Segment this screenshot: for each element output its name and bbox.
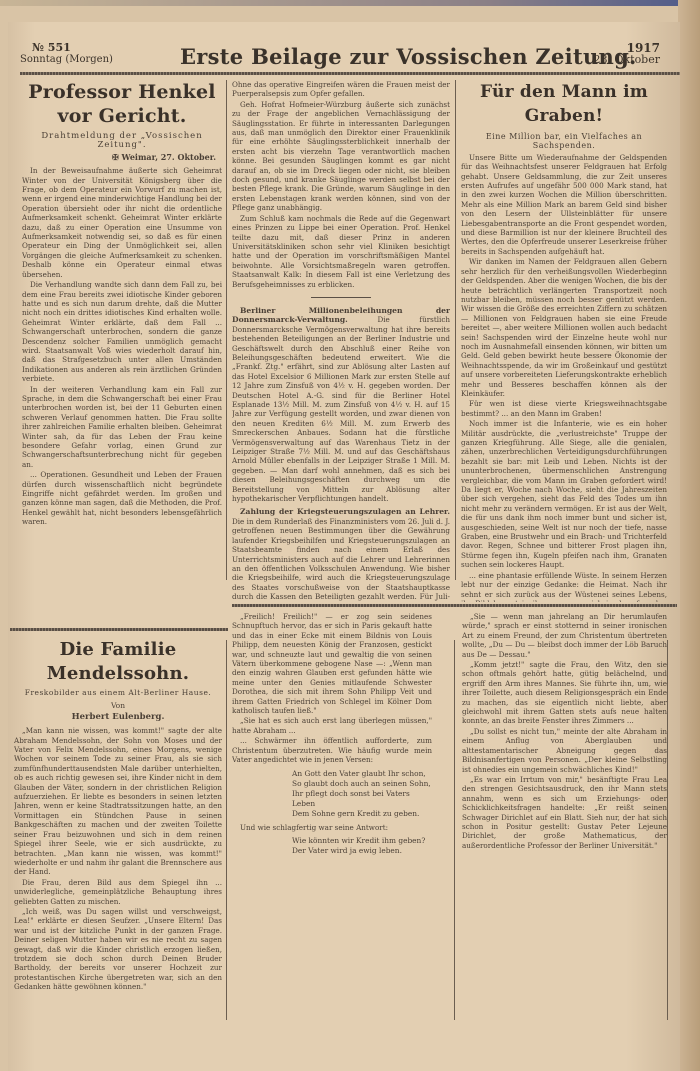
mendelssohn-cols-2-3: „Freilich! Freilich!" — er zog sein seid… [232,612,660,1032]
newspaper-title: Erste Beilage zur Vossischen Zeitung. [180,44,637,69]
paragraph: „Ich weiß, was Du sagen willst und versc… [14,907,222,992]
issue-number: № 551 [20,42,113,54]
paragraph: „Man kann nie wissen, was kommt!" sagte … [14,726,222,877]
verse-1: An Gott den Vater glaubt Ihr schon, So g… [232,769,432,819]
henkel-dateline: ✠ Weimar, 27. Oktober. [22,153,216,162]
article-mendelssohn-col1: Die Familie Mendelssohn. Freskobilder au… [14,638,222,1058]
page-right-edge [678,0,700,1071]
paragraph: ... eine phantasie erfüllende Wüste. In … [461,571,667,602]
mendelssohn-subheadline: Freskobilder aus einem Alt-Berliner Haus… [14,688,222,697]
section-divider [311,297,371,298]
verse-line: So glaubt doch auch an seinen Sohn, [292,779,432,789]
paragraph: „Sie — wenn man jahrelang an Dir herumla… [462,612,667,659]
edition-label: Sonntag (Morgen) [20,54,113,66]
paragraph: „Es war ein Irrtum von mir," besänftigte… [462,775,667,850]
verse-line: Ihr pflegt doch sonst bei Vaters Leben [292,789,432,809]
article-mendelssohn-col3: „Sie — wenn man jahrelang an Dir herumla… [462,612,667,1022]
masthead-left: № 551 Sonntag (Morgen) [20,42,113,66]
paragraph: Ohne das operative Eingreifen wären die … [232,80,450,99]
column-divider [454,640,455,1020]
byline-von: Von [14,701,222,710]
masthead-right: 1917 28. Oktober [593,42,660,66]
verse-line: Der Vater wird ja ewig leben. [292,846,432,856]
verse-line: An Gott den Vater glaubt Ihr schon, [292,769,432,779]
donnersmarck-body: Die fürstlich Donnersmarcksche Vermögens… [232,315,450,503]
paragraph: Die Verhandlung wandte sich dann dem Fal… [22,280,222,383]
article-henkel: Professor Henkel vor Gericht. Drahtmeldu… [22,80,222,602]
paragraph: ... Operationen. Gesundheit und Leben de… [22,470,222,526]
column-divider [226,640,227,1020]
paragraph: Für wen ist diese vierte Kriegsweihnacht… [461,399,667,418]
paragraph: „Komm jetzt!" sagte die Frau, den Witz, … [462,660,667,726]
henkel-source: Drahtmeldung der „Vossischen Zeitung". [22,132,222,151]
column-divider [455,80,456,580]
verse-line: Dem Sohne gern Kredit zu geben. [292,809,432,819]
paragraph: „Du sollst es nicht tun," meinte der alt… [462,727,667,774]
paragraph: Geh. Hofrat Hofmeier-Würzburg äußerte si… [232,100,450,213]
paragraph: In der weiteren Verhandlung kam ein Fall… [22,385,222,470]
headline-mendelssohn: Die Familie Mendelssohn. [14,638,222,686]
headline-lehrer: Zahlung der Kriegsteuerungszulagen an Le… [240,507,450,516]
paragraph: „Freilich! Freilich!" — er zog sein seid… [232,612,432,715]
headline-henkel: Professor Henkel vor Gericht. [22,80,222,128]
article-mendelssohn-col2: „Freilich! Freilich!" — er zog sein seid… [232,612,432,1022]
paragraph: In der Beweisaufnahme äußerte sich Gehei… [22,166,222,279]
paragraph: Die Frau, deren Bild aus dem Spiegel ihn… [14,878,222,906]
verse-intro: Und wie schlagfertig war seine Antwort: [232,823,432,832]
graben-subheadline: Eine Million bar, ein Vielfaches an Sach… [461,132,667,151]
author: Herbert Eulenberg. [14,713,222,722]
headline-graben: Für den Mann im Graben! [461,80,667,128]
column-divider [667,640,668,1020]
paragraph: Unsere Bitte um Wiederaufnahme der Gelds… [461,153,667,256]
page-top-edge [0,0,700,6]
paragraph: Wir danken im Namen der Feldgrauen allen… [461,257,667,398]
lehrer-body: Die in dem Runderlaß des Finanzministers… [232,517,450,602]
paragraph: Zum Schluß kam nochmals die Rede auf die… [232,214,450,289]
section-rule [232,604,677,607]
verse-2: Wie könnten wir Kredit ihm geben? Der Va… [232,836,432,856]
column-2-top: Ohne das operative Eingreifen wären die … [232,80,450,602]
paragraph: ... Schwärmer ihn öffentlich aufforderte… [232,736,432,764]
paragraph: Noch immer ist die Infanterie, wie es ei… [461,419,667,570]
paragraph: „Sie hat es sich auch erst lang überlege… [232,716,432,735]
section-rule [10,628,228,631]
article-graben: Für den Mann im Graben! Eine Million bar… [461,80,667,602]
column-divider [226,80,227,580]
date: 28. Oktober [593,54,660,66]
verse-line: Wie könnten wir Kredit ihm geben? [292,836,432,846]
masthead-rule [20,72,680,75]
